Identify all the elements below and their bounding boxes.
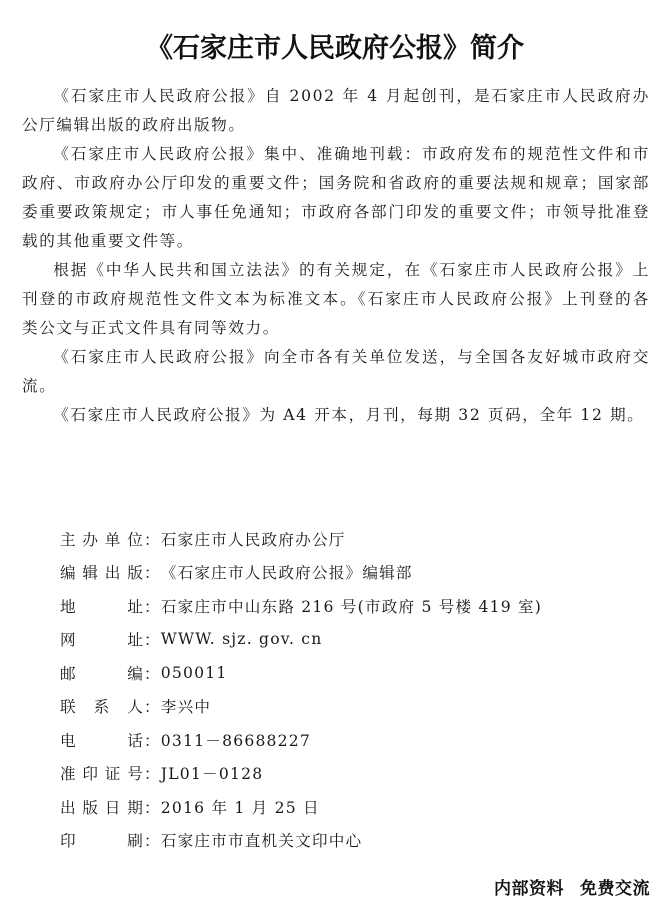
info-row-phone: 电话：0311－86688227	[60, 723, 620, 757]
paragraph-format: 《石家庄市人民政府公报》为 A4 开本，月刊，每期 32 页码，全年 12 期。	[22, 401, 650, 430]
info-label: 准印证号	[60, 762, 144, 784]
info-value: 李兴中	[161, 695, 211, 717]
paragraph-legal-effect: 根据《中华人民共和国立法法》的有关规定，在《石家庄市人民政府公报》上刊登的市政府…	[22, 256, 650, 343]
publication-info: 主办单位：石家庄市人民政府办公厅 编辑出版：《石家庄市人民政府公报》编辑部 地址…	[60, 522, 620, 857]
info-row-postcode: 邮编：050011	[60, 656, 620, 690]
introduction-body: 《石家庄市人民政府公报》自 2002 年 4 月起创刊，是石家庄市人民政府办公厅…	[22, 82, 650, 430]
info-separator: ：	[144, 528, 161, 550]
info-row-permit: 准印证号：JL01－0128	[60, 757, 620, 791]
info-label: 电话	[60, 729, 144, 751]
info-row-editor: 编辑出版：《石家庄市人民政府公报》编辑部	[60, 556, 620, 590]
info-value: 石家庄市市直机关文印中心	[161, 829, 363, 851]
info-row-website: 网址：WWW. sjz. gov. cn	[60, 623, 620, 657]
info-value: JL01－0128	[161, 762, 264, 784]
website-link[interactable]: WWW. sjz. gov. cn	[161, 630, 323, 648]
footer-free-exchange: 免费交流	[580, 879, 650, 899]
info-value: 2016 年 1 月 25 日	[161, 796, 320, 818]
info-label: 联系人	[60, 695, 144, 717]
info-separator: ：	[144, 662, 161, 684]
paragraph-distribution: 《石家庄市人民政府公报》向全市各有关单位发送，与全国各友好城市政府交流。	[22, 343, 650, 401]
info-value: 《石家庄市人民政府公报》编辑部	[161, 561, 413, 583]
info-separator: ：	[144, 762, 161, 784]
info-value: 石家庄市中山东路 216 号(市政府 5 号楼 419 室)	[161, 595, 542, 617]
info-label: 地址	[60, 595, 144, 617]
info-separator: ：	[144, 628, 161, 650]
info-separator: ：	[144, 729, 161, 751]
info-row-address: 地址：石家庄市中山东路 216 号(市政府 5 号楼 419 室)	[60, 589, 620, 623]
footer-notice: 内部资料免费交流	[494, 874, 650, 899]
footer-internal-material: 内部资料	[494, 879, 564, 899]
info-row-date: 出版日期：2016 年 1 月 25 日	[60, 790, 620, 824]
info-separator: ：	[144, 561, 161, 583]
info-label: 出版日期	[60, 796, 144, 818]
info-separator: ：	[144, 796, 161, 818]
info-label: 网址	[60, 628, 144, 650]
info-value: 石家庄市人民政府办公厅	[161, 528, 346, 550]
info-row-printer: 印刷：石家庄市市直机关文印中心	[60, 824, 620, 858]
info-separator: ：	[144, 595, 161, 617]
info-row-contact: 联系人：李兴中	[60, 690, 620, 724]
info-separator: ：	[144, 695, 161, 717]
info-label: 印刷	[60, 829, 144, 851]
info-value: 050011	[161, 664, 228, 682]
info-row-sponsor: 主办单位：石家庄市人民政府办公厅	[60, 522, 620, 556]
page-title: 《石家庄市人民政府公报》简介	[0, 26, 670, 65]
paragraph-founding: 《石家庄市人民政府公报》自 2002 年 4 月起创刊，是石家庄市人民政府办公厅…	[22, 82, 650, 140]
paragraph-contents: 《石家庄市人民政府公报》集中、准确地刊载：市政府发布的规范性文件和市政府、市政府…	[22, 140, 650, 256]
info-label: 主办单位	[60, 528, 144, 550]
info-value: 0311－86688227	[161, 729, 311, 751]
info-label: 编辑出版	[60, 561, 144, 583]
info-label: 邮编	[60, 662, 144, 684]
info-separator: ：	[144, 829, 161, 851]
